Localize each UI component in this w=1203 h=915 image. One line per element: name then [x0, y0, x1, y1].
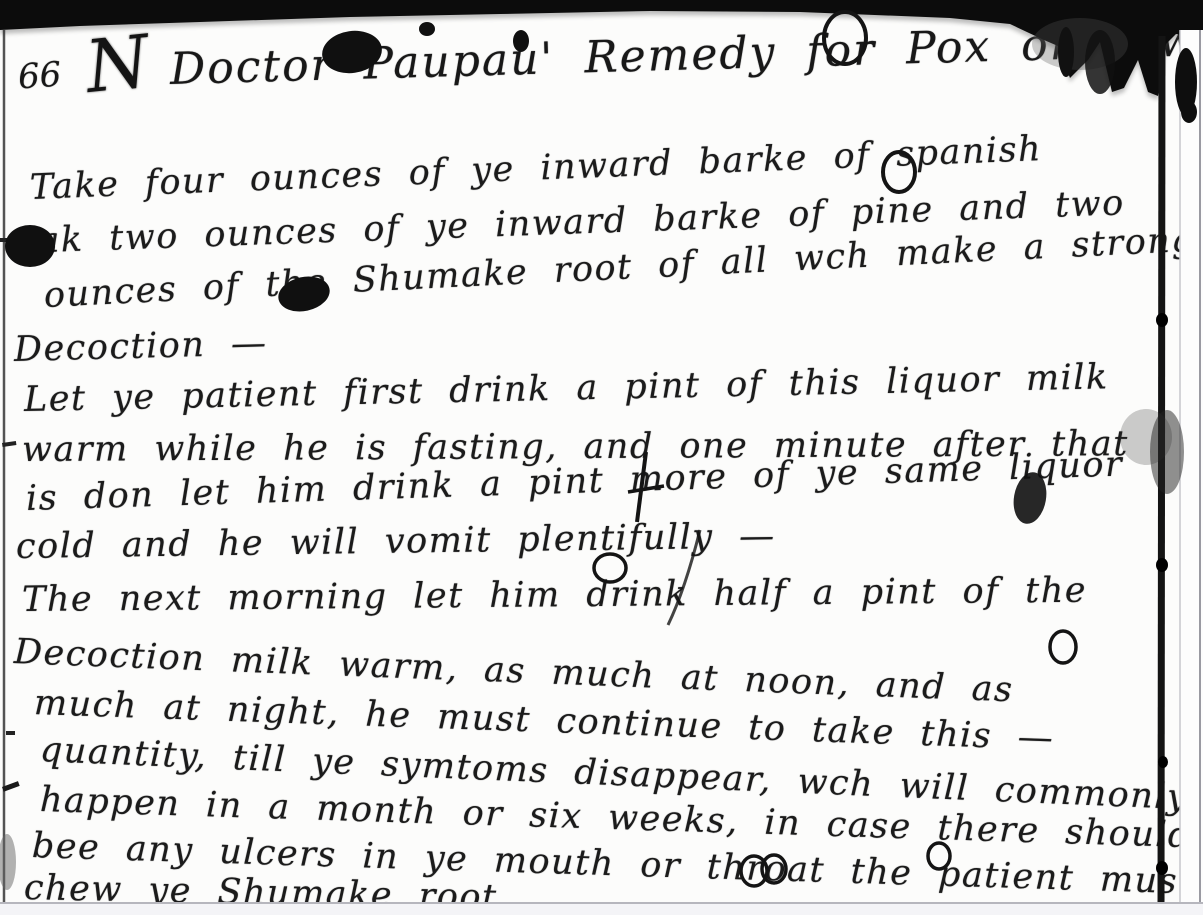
- folio-number: 66: [17, 55, 63, 98]
- manuscript-line: Decoction —: [13, 323, 268, 370]
- title-flourish-initial: N: [82, 19, 153, 109]
- manuscript-scan: 66 N Doctor Paupau' Remedy for Pox or Ya…: [0, 0, 1203, 915]
